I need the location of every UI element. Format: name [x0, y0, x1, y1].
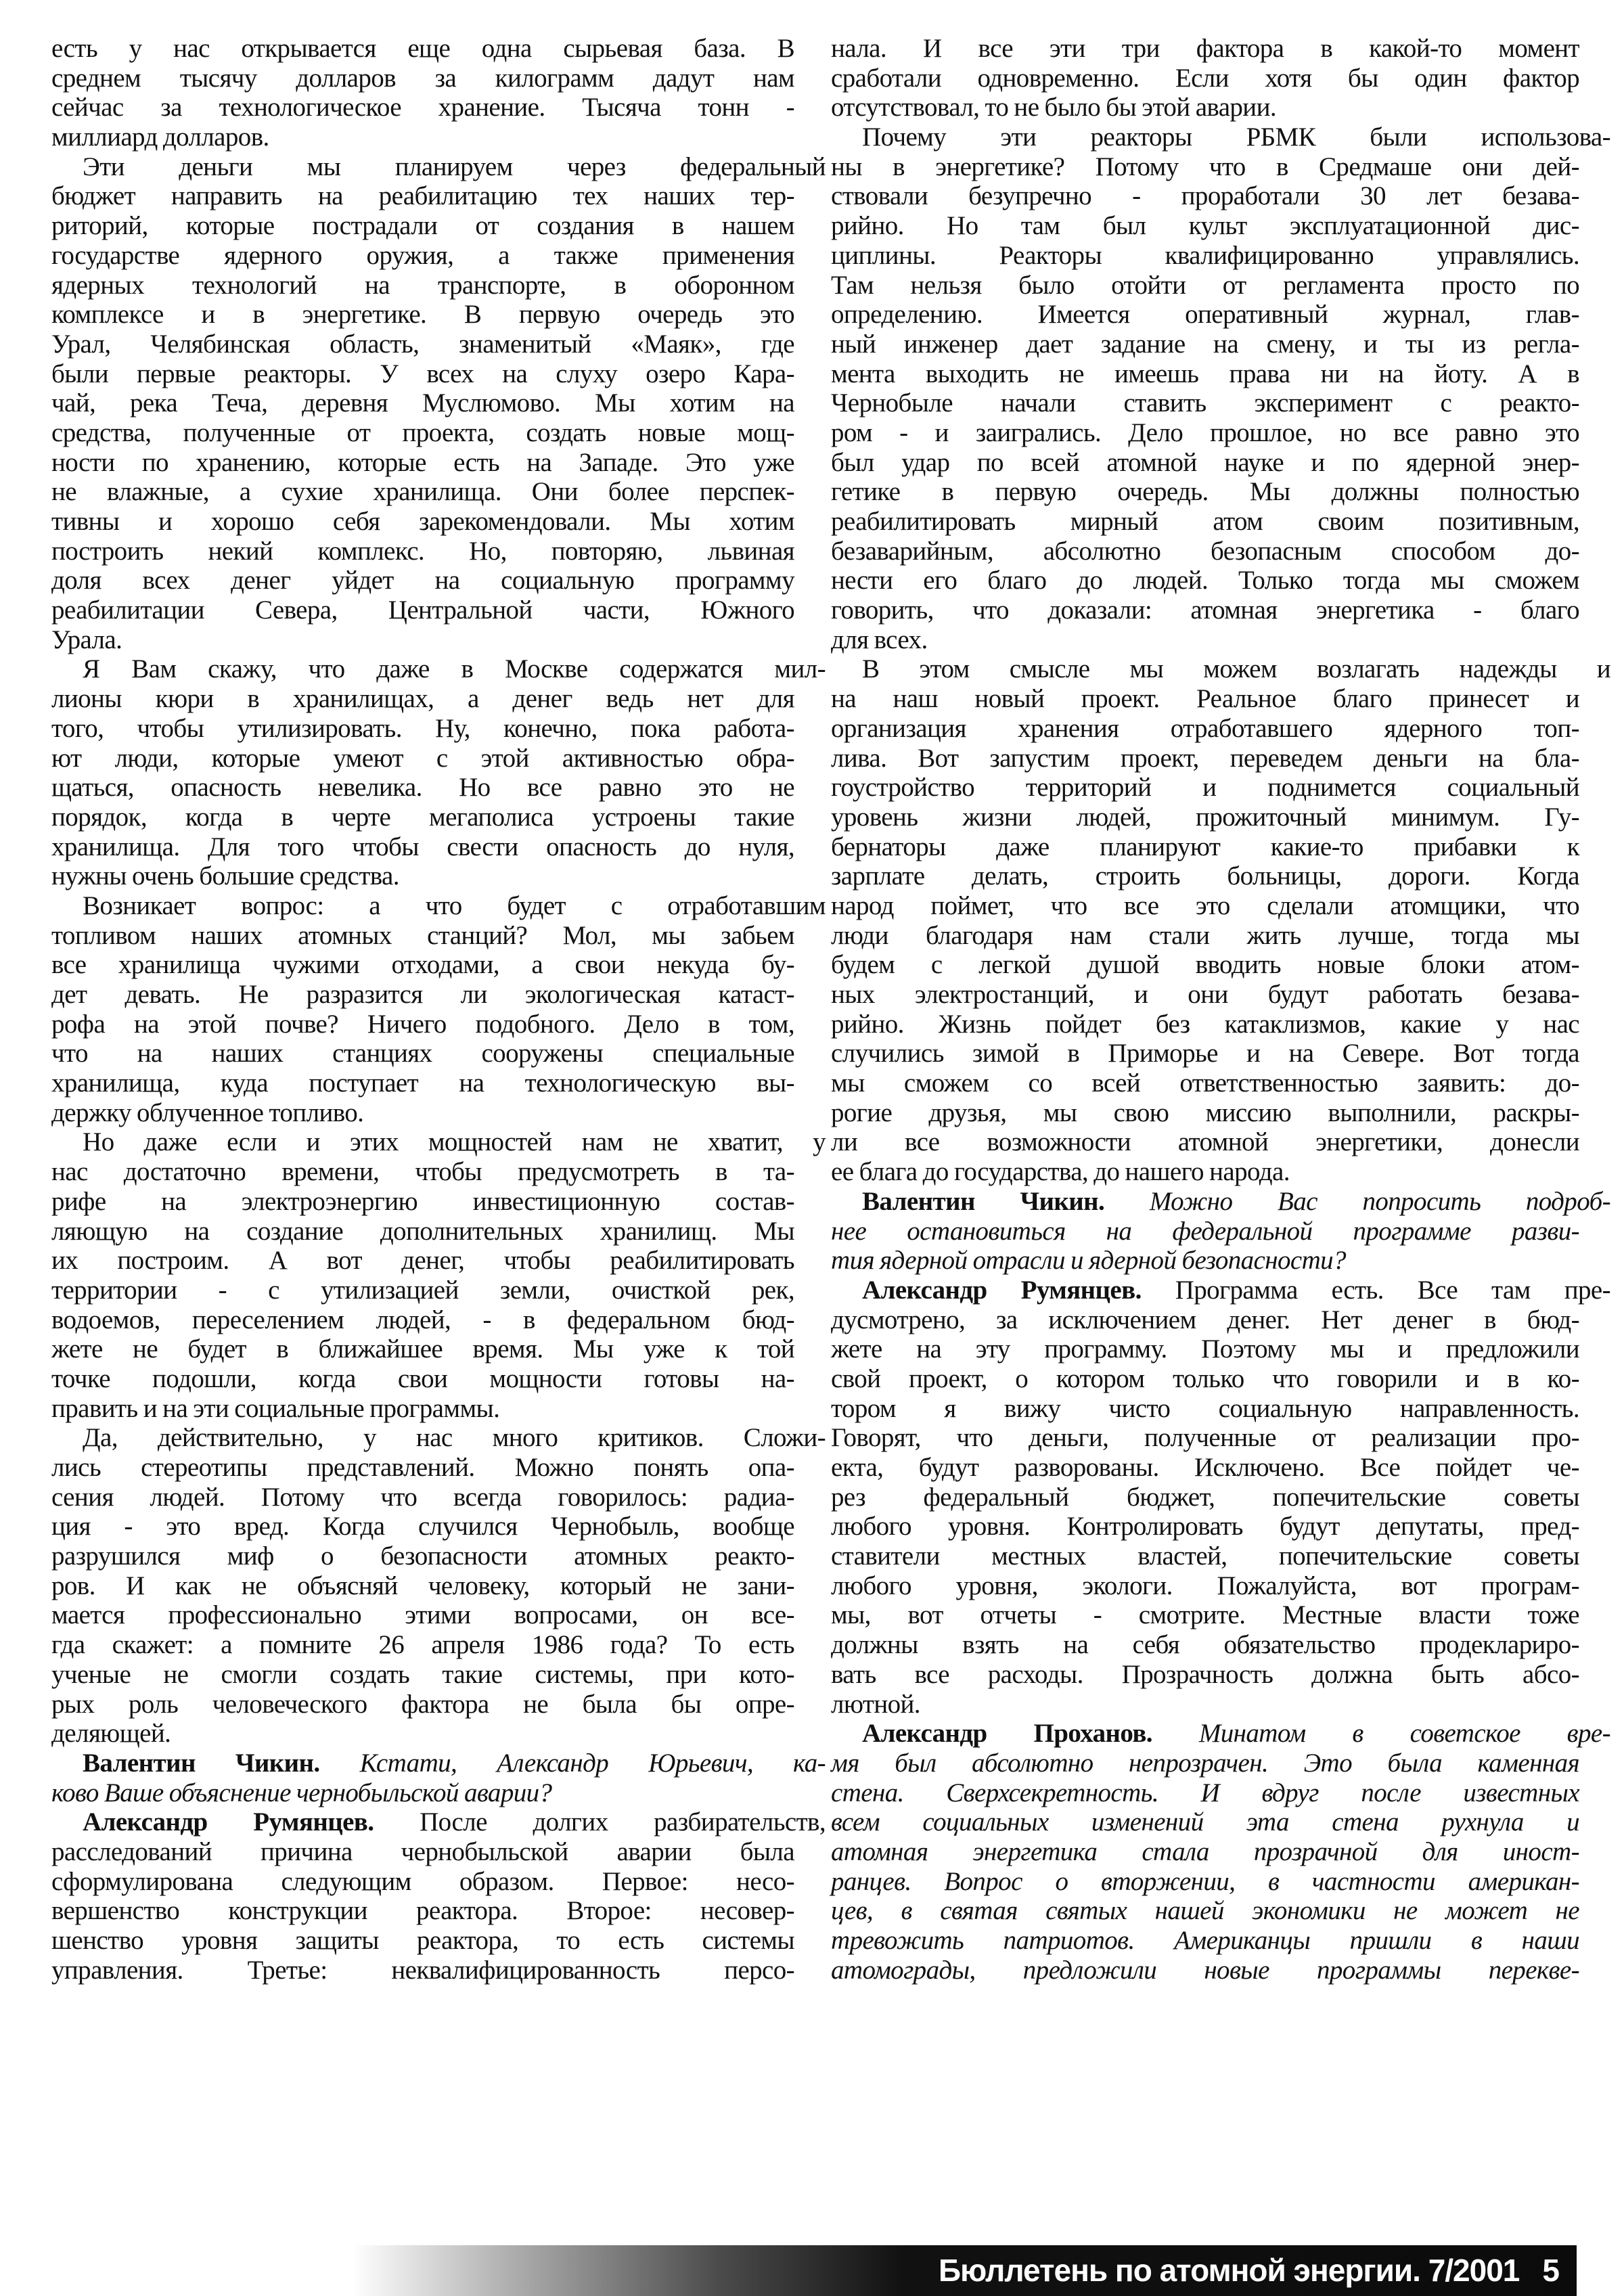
line-text: не влажные, а сухие хранилища. Они более… — [51, 477, 794, 506]
text-line: лионы кюри в хранилищах, а денег ведь не… — [51, 684, 794, 714]
line-text: зарплате делать, строить больницы, дорог… — [831, 861, 1579, 891]
text-line: не влажные, а сухие хранилища. Они более… — [51, 477, 794, 507]
text-line: всем социальных изменений эта стена рухн… — [831, 1807, 1579, 1837]
line-text: щаться, опасность невелика. Но все равно… — [51, 773, 794, 802]
text-line: комплексе и в энергетике. В первую очере… — [51, 300, 794, 330]
text-line: атомная энергетика стала прозрачной для … — [831, 1837, 1579, 1867]
line-text: гда скажет: а помните 26 апреля 1986 год… — [51, 1630, 794, 1659]
text-line: все хранилища чужими отходами, а свои не… — [51, 950, 794, 980]
text-line: территории - с утилизацией земли, очистк… — [51, 1276, 794, 1305]
text-line: лютной. — [831, 1690, 1579, 1719]
line-text: ности по хранению, которые есть на Запад… — [51, 448, 794, 477]
line-text: их построим. А вот денег, чтобы реабилит… — [51, 1246, 794, 1275]
line-text: Но даже если и этих мощностей нам не хва… — [83, 1127, 826, 1156]
line-text: В этом смысле мы можем возлагать надежды… — [862, 654, 1610, 683]
text-line: будем с легкой душой вводить новые блоки… — [831, 950, 1579, 980]
text-line: жете на эту программу. Поэтому мы и пред… — [831, 1334, 1579, 1364]
text-line: деляющей. — [51, 1719, 794, 1749]
speaker-name: Александр Румянцев. — [83, 1807, 374, 1837]
text-line: любого уровня, экологи. Пожалуйста, вот … — [831, 1571, 1579, 1601]
line-text: Говорят, что деньги, полученные от реали… — [831, 1423, 1579, 1452]
text-line: стена. Сверхсекретность. И вдруг после и… — [831, 1778, 1579, 1808]
line-text: атомная энергетика стала прозрачной для … — [831, 1837, 1579, 1866]
text-line: дусмотрено, за исключением денег. Нет де… — [831, 1305, 1579, 1335]
line-text: риторий, которые пострадали от создания … — [51, 211, 794, 240]
line-text: мы сможем со всей ответственностью заяви… — [831, 1068, 1579, 1098]
text-line: для всех. — [831, 625, 1579, 655]
line-text: свой проект, о котором только что говори… — [831, 1364, 1579, 1393]
line-text: жете на эту программу. Поэтому мы и пред… — [831, 1334, 1579, 1364]
text-line: дет девать. Не разразится ли экологическ… — [51, 980, 794, 1010]
text-line: править и на эти социальные программы. — [51, 1394, 794, 1424]
text-line: бернаторы даже планируют какие-то прибав… — [831, 832, 1579, 862]
text-line: на наш новый проект. Реальное благо прин… — [831, 684, 1579, 714]
text-line: Но даже если и этих мощностей нам не хва… — [51, 1127, 826, 1157]
line-text: ранцев. Вопрос о вторжении, в частности … — [831, 1867, 1579, 1896]
line-text: мы, вот отчеты - смотрите. Местные власт… — [831, 1600, 1579, 1629]
text-line: рез федеральный бюджет, попечительские с… — [831, 1483, 1579, 1512]
text-line: мы, вот отчеты - смотрите. Местные власт… — [831, 1600, 1579, 1630]
text-line: безаварийным, абсолютно безопасным спосо… — [831, 537, 1579, 566]
text-line: ют люди, которые умеют с этой активность… — [51, 744, 794, 773]
text-line: точке подошли, когда свои мощности готов… — [51, 1364, 794, 1394]
line-text: шенство уровня защиты реактора, то есть … — [51, 1926, 794, 1955]
line-text: хранилища, куда поступает на технологиче… — [51, 1068, 794, 1098]
line-text: разрушился миф о безопасности атомных ре… — [51, 1541, 794, 1571]
speaker-name: Александр Румянцев. — [862, 1276, 1142, 1305]
text-line: Александр Румянцев. После долгих разбира… — [51, 1807, 826, 1837]
text-line: сформулирована следующим образом. Первое… — [51, 1867, 794, 1897]
text-line: нала. И все эти три фактора в какой-то м… — [831, 34, 1579, 64]
line-text: ли все возможности атомной энергетики, д… — [831, 1127, 1579, 1156]
text-line: мается профессионально этими вопросами, … — [51, 1600, 794, 1630]
text-line: их построим. А вот денег, чтобы реабилит… — [51, 1246, 794, 1276]
line-text: Там нельзя было отойти от регламента про… — [831, 271, 1579, 300]
line-text: миллиард долларов. — [51, 122, 269, 152]
text-line: ров. И как не объясняй человеку, который… — [51, 1571, 794, 1601]
line-text: держку облученное топливо. — [51, 1098, 363, 1127]
text-line: ных электростанций, и они будут работать… — [831, 980, 1579, 1010]
text-line: водоемов, переселением людей, - в федера… — [51, 1305, 794, 1335]
text-line: мя был абсолютно непрозрачен. Это была к… — [831, 1749, 1579, 1778]
line-text: нас достаточно времени, чтобы предусмотр… — [51, 1157, 794, 1186]
line-text: ны в энергетике? Потому что в Средмаше о… — [831, 152, 1579, 181]
line-text: рофа на этой почве? Ничего подобного. Де… — [51, 1010, 794, 1039]
text-line: лись стереотипы представлений. Можно пон… — [51, 1453, 794, 1483]
line-text: ставители местных властей, попечительски… — [831, 1541, 1579, 1571]
line-text: Возникает вопрос: а что будет с отработа… — [83, 891, 826, 920]
text-line: того, чтобы утилизировать. Ну, конечно, … — [51, 714, 794, 744]
line-text: лива. Вот запустим проект, переведем ден… — [831, 744, 1579, 773]
text-line: рийно. Но там был культ эксплуатационной… — [831, 211, 1579, 241]
line-text: ляющую на создание дополнительных хранил… — [51, 1217, 794, 1246]
text-line: шенство уровня защиты реактора, то есть … — [51, 1926, 794, 1956]
line-text: гоустройство территорий и поднимется соц… — [831, 773, 1579, 802]
text-line: вать все расходы. Прозрачность должна бы… — [831, 1660, 1579, 1690]
text-line: Я Вам скажу, что даже в Москве содержатс… — [51, 654, 826, 684]
text-line: уровень жизни людей, прожиточный минимум… — [831, 803, 1579, 832]
line-text: рийно. Но там был культ эксплуатационной… — [831, 211, 1579, 240]
line-text: рийно. Жизнь пойдет без катаклизмов, как… — [831, 1010, 1579, 1039]
text-line: миллиард долларов. — [51, 122, 794, 152]
line-text: ром - и заигрались. Дело прошлое, но все… — [831, 418, 1579, 447]
text-line: порядок, когда в черте мегаполиса устрое… — [51, 803, 794, 832]
text-line: среднем тысячу долларов за килограмм дад… — [51, 64, 794, 93]
text-line: нее остановиться на федеральной программ… — [831, 1217, 1579, 1246]
text-line: риторий, которые пострадали от создания … — [51, 211, 794, 241]
text-line: Урал, Челябинская область, знаменитый «М… — [51, 330, 794, 359]
text-line: ны в энергетике? Потому что в Средмаше о… — [831, 152, 1579, 182]
line-text: ядерных технологий на транспорте, в обор… — [51, 271, 794, 300]
line-text: отсутствовал, то не было бы этой аварии. — [831, 93, 1276, 122]
line-text: территории - с утилизацией земли, очистк… — [51, 1276, 794, 1305]
line-text: Можно Вас попросить подроб- — [1150, 1187, 1610, 1216]
line-text: чай, река Теча, деревня Муслюмово. Мы хо… — [51, 388, 794, 418]
text-line: мента выходить не имеешь права ни на йот… — [831, 359, 1579, 389]
line-text: ково Ваше объяснение чернобыльской авари… — [51, 1778, 551, 1807]
text-line: нести его благо до людей. Только тогда м… — [831, 566, 1579, 595]
line-text: екта, будут разворованы. Исключено. Все … — [831, 1453, 1579, 1482]
line-text: рых роль человеческого фактора не была б… — [51, 1690, 794, 1719]
line-text: Минатом в советское вре- — [1199, 1719, 1610, 1748]
text-line: что на наших станциях сооружены специаль… — [51, 1039, 794, 1068]
line-text: циплины. Реакторы квалифицированно управ… — [831, 241, 1579, 270]
text-line: любого уровня. Контролировать будут депу… — [831, 1512, 1579, 1541]
text-line: тивны и хорошо себя зарекомендовали. Мы … — [51, 507, 794, 537]
line-text: государстве ядерного оружия, а также при… — [51, 241, 794, 270]
text-line: рифе на электроэнергию инвестиционную со… — [51, 1187, 794, 1217]
line-text: лионы кюри в хранилищах, а денег ведь не… — [51, 684, 794, 713]
line-text: нужны очень большие средства. — [51, 861, 399, 891]
line-text: Почему эти реакторы РБМК были использова… — [862, 122, 1610, 152]
line-text: на наш новый проект. Реальное благо прин… — [831, 684, 1579, 713]
text-line: хранилища, куда поступает на технологиче… — [51, 1068, 794, 1098]
text-line: держку облученное топливо. — [51, 1098, 794, 1128]
text-line: ли все возможности атомной энергетики, д… — [831, 1127, 1579, 1157]
line-text: того, чтобы утилизировать. Ну, конечно, … — [51, 714, 794, 743]
text-line: расследований причина чернобыльской авар… — [51, 1837, 794, 1867]
text-line: Валентин Чикин. Можно Вас попросить подр… — [831, 1187, 1610, 1217]
page-number: 5 — [1542, 2253, 1559, 2288]
text-line: говорить, что доказали: атомная энергети… — [831, 595, 1579, 625]
text-line: отсутствовал, то не было бы этой аварии. — [831, 93, 1579, 122]
text-line: нас достаточно времени, чтобы предусмотр… — [51, 1157, 794, 1187]
text-line: хранилища. Для того чтобы свести опаснос… — [51, 832, 794, 862]
text-line: должны взять на себя обязательство проде… — [831, 1630, 1579, 1660]
line-text: ют люди, которые умеют с этой активность… — [51, 744, 794, 773]
line-text: ных электростанций, и они будут работать… — [831, 980, 1579, 1009]
text-line: лива. Вот запустим проект, переведем ден… — [831, 744, 1579, 773]
line-text: стена. Сверхсекретность. И вдруг после и… — [831, 1778, 1579, 1807]
line-text: определению. Имеется оперативный журнал,… — [831, 300, 1579, 329]
text-line: атомограды, предложили новые программы п… — [831, 1956, 1579, 1985]
text-line: ково Ваше объяснение чернобыльской авари… — [51, 1778, 794, 1808]
line-text: всем социальных изменений эта стена рухн… — [831, 1807, 1579, 1837]
text-line: нужны очень большие средства. — [51, 861, 794, 891]
text-line: сейчас за технологическое хранение. Тыся… — [51, 93, 794, 122]
line-text: ный инженер дает задание на смену, и ты … — [831, 330, 1579, 359]
publication-title: Бюллетень по атомной энергии. 7/2001 — [939, 2253, 1519, 2288]
text-line: управления. Третье: неквалифицированност… — [51, 1956, 794, 1985]
line-text: вать все расходы. Прозрачность должна бы… — [831, 1660, 1579, 1689]
line-text: должны взять на себя обязательство проде… — [831, 1630, 1579, 1659]
line-text: тором я вижу чисто социальную направленн… — [831, 1394, 1579, 1423]
text-line: определению. Имеется оперативный журнал,… — [831, 300, 1579, 330]
text-line: екта, будут разворованы. Исключено. Все … — [831, 1453, 1579, 1483]
line-text: организация хранения отработавшего ядерн… — [831, 714, 1579, 743]
text-line: рийно. Жизнь пойдет без катаклизмов, как… — [831, 1010, 1579, 1039]
line-text: рифе на электроэнергию инвестиционную со… — [51, 1187, 794, 1216]
text-line: сения людей. Потому что всегда говорилос… — [51, 1483, 794, 1512]
text-line: бюджет направить на реабилитацию тех наш… — [51, 181, 794, 211]
text-line: Александр Румянцев. Программа есть. Все … — [831, 1276, 1610, 1305]
line-text: любого уровня. Контролировать будут депу… — [831, 1512, 1579, 1541]
line-text: Эти деньги мы планируем через федеральны… — [83, 152, 826, 181]
line-text: мается профессионально этими вопросами, … — [51, 1600, 794, 1629]
line-text: были первые реакторы. У всех на слуху оз… — [51, 359, 794, 388]
right-column: нала. И все эти три фактора в какой-то м… — [831, 34, 1579, 1985]
line-text: реабилитировать мирный атом своим позити… — [831, 507, 1579, 536]
text-line: ности по хранению, которые есть на Запад… — [51, 448, 794, 478]
text-line: Урала. — [51, 625, 794, 655]
line-text: расследований причина чернобыльской авар… — [51, 1837, 794, 1866]
text-line: гда скажет: а помните 26 апреля 1986 год… — [51, 1630, 794, 1660]
text-line: ядерных технологий на транспорте, в обор… — [51, 271, 794, 300]
line-text: управления. Третье: неквалифицированност… — [51, 1956, 794, 1985]
text-line: тором я вижу чисто социальную направленн… — [831, 1394, 1579, 1424]
line-text: рез федеральный бюджет, попечительские с… — [831, 1483, 1579, 1512]
text-line: свой проект, о котором только что говори… — [831, 1364, 1579, 1394]
line-text: нее остановиться на федеральной программ… — [831, 1217, 1579, 1246]
line-text: вершенство конструкции реактора. Второе:… — [51, 1896, 794, 1925]
text-line: ставители местных властей, попечительски… — [831, 1541, 1579, 1571]
line-text: уровень жизни людей, прожиточный минимум… — [831, 803, 1579, 832]
footer-text: Бюллетень по атомной энергии. 7/20015 — [939, 2252, 1559, 2289]
text-line: Там нельзя было отойти от регламента про… — [831, 271, 1579, 300]
text-line: Александр Проханов. Минатом в советское … — [831, 1719, 1610, 1749]
line-text: дусмотрено, за исключением денег. Нет де… — [831, 1305, 1579, 1334]
page-footer-bar: Бюллетень по атомной энергии. 7/20015 — [352, 2245, 1577, 2296]
line-text: средства, полученные от проекта, создать… — [51, 418, 794, 447]
line-text: водоемов, переселением людей, - в федера… — [51, 1305, 794, 1334]
text-line: вершенство конструкции реактора. Второе:… — [51, 1896, 794, 1926]
line-text: Да, действительно, у нас много критиков.… — [83, 1423, 826, 1452]
line-text: Урал, Челябинская область, знаменитый «М… — [51, 330, 794, 359]
line-text: безаварийным, абсолютно безопасным спосо… — [831, 537, 1579, 566]
line-text: деляющей. — [51, 1719, 171, 1748]
text-line: тия ядерной отрасли и ядерной безопаснос… — [831, 1246, 1579, 1276]
text-line: ствовали безупречно - проработали 30 лет… — [831, 181, 1579, 211]
line-text: народ поймет, что все это сделали атомщи… — [831, 891, 1579, 920]
line-text: Я Вам скажу, что даже в Москве содержатс… — [83, 654, 826, 683]
text-line: был удар по всей атомной науке и по ядер… — [831, 448, 1579, 478]
line-text: доля всех денег уйдет на социальную прог… — [51, 566, 794, 595]
line-text: сформулирована следующим образом. Первое… — [51, 1867, 794, 1896]
text-line: мы сможем со всей ответственностью заяви… — [831, 1068, 1579, 1098]
line-text: лись стереотипы представлений. Можно пон… — [51, 1453, 794, 1482]
text-line: ранцев. Вопрос о вторжении, в частности … — [831, 1867, 1579, 1897]
line-text: тия ядерной отрасли и ядерной безопаснос… — [831, 1246, 1346, 1275]
line-text: люди благодаря нам стали жить лучше, тог… — [831, 921, 1579, 950]
text-line: были первые реакторы. У всех на слуху оз… — [51, 359, 794, 389]
text-line: разрушился миф о безопасности атомных ре… — [51, 1541, 794, 1571]
text-line: цев, в святая святых нашей экономики не … — [831, 1896, 1579, 1926]
text-line: зарплате делать, строить больницы, дорог… — [831, 861, 1579, 891]
line-text: говорить, что доказали: атомная энергети… — [831, 595, 1579, 625]
text-line: Возникает вопрос: а что будет с отработа… — [51, 891, 826, 921]
line-text: хранилища. Для того чтобы свести опаснос… — [51, 832, 794, 861]
text-line: ный инженер дает задание на смену, и ты … — [831, 330, 1579, 359]
text-line: народ поймет, что все это сделали атомщи… — [831, 891, 1579, 921]
text-line: щаться, опасность невелика. Но все равно… — [51, 773, 794, 803]
line-text: нести его благо до людей. Только тогда м… — [831, 566, 1579, 595]
line-text: бюджет направить на реабилитацию тех наш… — [51, 181, 794, 210]
line-text: ция - это вред. Когда случился Чернобыль… — [51, 1512, 794, 1541]
line-text: ров. И как не объясняй человеку, который… — [51, 1571, 794, 1600]
text-line: реабилитации Севера, Центральной части, … — [51, 595, 794, 625]
line-text: любого уровня, экологи. Пожалуйста, вот … — [831, 1571, 1579, 1600]
line-text: порядок, когда в черте мегаполиса устрое… — [51, 803, 794, 832]
line-text: будем с легкой душой вводить новые блоки… — [831, 950, 1579, 979]
line-text: сработали одновременно. Если хотя бы оди… — [831, 64, 1579, 93]
text-line: люди благодаря нам стали жить лучше, тог… — [831, 921, 1579, 951]
line-text: мента выходить не имеешь права ни на йот… — [831, 359, 1579, 388]
text-line: построить некий комплекс. Но, повторяю, … — [51, 537, 794, 566]
text-line: жете не будет в ближайшее время. Мы уже … — [51, 1334, 794, 1364]
left-column: есть у нас открывается еще одна сырьевая… — [51, 34, 794, 1985]
line-text: среднем тысячу долларов за килограмм дад… — [51, 64, 794, 93]
text-line: Эти деньги мы планируем через федеральны… — [51, 152, 826, 182]
text-line: циплины. Реакторы квалифицированно управ… — [831, 241, 1579, 271]
text-line: Чернобыле начали ставить эксперимент с р… — [831, 388, 1579, 418]
line-text: тивны и хорошо себя зарекомендовали. Мы … — [51, 507, 794, 536]
line-text: что на наших станциях сооружены специаль… — [51, 1039, 794, 1068]
line-text: цев, в святая святых нашей экономики не … — [831, 1896, 1579, 1925]
speaker-name: Валентин Чикин. — [862, 1187, 1104, 1216]
line-text: комплексе и в энергетике. В первую очере… — [51, 300, 794, 329]
line-text: тревожить патриотов. Американцы пришли в… — [831, 1926, 1579, 1955]
text-line: ученые не смогли создать такие системы, … — [51, 1660, 794, 1690]
line-text: сения людей. Потому что всегда говорилос… — [51, 1483, 794, 1512]
line-text: лютной. — [831, 1690, 920, 1719]
line-text: построить некий комплекс. Но, повторяю, … — [51, 537, 794, 566]
text-line: организация хранения отработавшего ядерн… — [831, 714, 1579, 744]
line-text: бернаторы даже планируют какие-то прибав… — [831, 832, 1579, 861]
line-text: жете не будет в ближайшее время. Мы уже … — [51, 1334, 794, 1364]
text-line: чай, река Теча, деревня Муслюмово. Мы хо… — [51, 388, 794, 418]
line-text: топливом наших атомных станций? Мол, мы … — [51, 921, 794, 950]
line-text: ученые не смогли создать такие системы, … — [51, 1660, 794, 1689]
text-line: Да, действительно, у нас много критиков.… — [51, 1423, 826, 1453]
line-text: ствовали безупречно - проработали 30 лет… — [831, 181, 1579, 210]
text-line: реабилитировать мирный атом своим позити… — [831, 507, 1579, 537]
text-line: гетике в первую очередь. Мы должны полно… — [831, 477, 1579, 507]
line-text: После долгих разбирательств, — [420, 1807, 826, 1837]
text-line: рофа на этой почве? Ничего подобного. Де… — [51, 1010, 794, 1039]
text-line: Валентин Чикин. Кстати, Александр Юрьеви… — [51, 1749, 826, 1778]
line-text: нала. И все эти три фактора в какой-то м… — [831, 34, 1579, 63]
text-line: ция - это вред. Когда случился Чернобыль… — [51, 1512, 794, 1541]
line-text: есть у нас открывается еще одна сырьевая… — [51, 34, 794, 63]
text-line: рых роль человеческого фактора не была б… — [51, 1690, 794, 1719]
line-text: мя был абсолютно непрозрачен. Это была к… — [831, 1749, 1579, 1778]
line-text: случились зимой в Приморье и на Севере. … — [831, 1039, 1579, 1068]
line-text: ее блага до государства, до нашего народ… — [831, 1157, 1290, 1186]
line-text: Кстати, Александр Юрьевич, ка- — [360, 1749, 826, 1778]
line-text: править и на эти социальные программы. — [51, 1394, 499, 1423]
line-text: рогие друзья, мы свою миссию выполнили, … — [831, 1098, 1579, 1127]
text-line: есть у нас открывается еще одна сырьевая… — [51, 34, 794, 64]
speaker-name: Александр Проханов. — [862, 1719, 1152, 1748]
line-text: гетике в первую очередь. Мы должны полно… — [831, 477, 1579, 506]
text-line: гоустройство территорий и поднимется соц… — [831, 773, 1579, 803]
text-line: тревожить патриотов. Американцы пришли в… — [831, 1926, 1579, 1956]
text-line: топливом наших атомных станций? Мол, мы … — [51, 921, 794, 951]
text-line: случились зимой в Приморье и на Севере. … — [831, 1039, 1579, 1068]
line-text: Чернобыле начали ставить эксперимент с р… — [831, 388, 1579, 418]
text-line: ее блага до государства, до нашего народ… — [831, 1157, 1579, 1187]
line-text: сейчас за технологическое хранение. Тыся… — [51, 93, 794, 122]
text-line: В этом смысле мы можем возлагать надежды… — [831, 654, 1610, 684]
line-text: реабилитации Севера, Центральной части, … — [51, 595, 794, 625]
line-text: все хранилища чужими отходами, а свои не… — [51, 950, 794, 979]
line-text: Программа есть. Все там пре- — [1175, 1276, 1610, 1305]
line-text: дет девать. Не разразится ли экологическ… — [51, 980, 794, 1009]
line-text: Урала. — [51, 625, 122, 654]
text-line: сработали одновременно. Если хотя бы оди… — [831, 64, 1579, 93]
line-text: атомограды, предложили новые программы п… — [831, 1956, 1579, 1985]
text-line: государстве ядерного оружия, а также при… — [51, 241, 794, 271]
text-line: средства, полученные от проекта, создать… — [51, 418, 794, 448]
line-text: для всех. — [831, 625, 928, 654]
text-line: ляющую на создание дополнительных хранил… — [51, 1217, 794, 1246]
text-line: доля всех денег уйдет на социальную прог… — [51, 566, 794, 595]
text-line: рогие друзья, мы свою миссию выполнили, … — [831, 1098, 1579, 1128]
text-line: ром - и заигрались. Дело прошлое, но все… — [831, 418, 1579, 448]
speaker-name: Валентин Чикин. — [83, 1749, 320, 1778]
text-line: Говорят, что деньги, полученные от реали… — [831, 1423, 1579, 1453]
line-text: точке подошли, когда свои мощности готов… — [51, 1364, 794, 1393]
text-line: Почему эти реакторы РБМК были использова… — [831, 122, 1610, 152]
line-text: был удар по всей атомной науке и по ядер… — [831, 448, 1579, 477]
